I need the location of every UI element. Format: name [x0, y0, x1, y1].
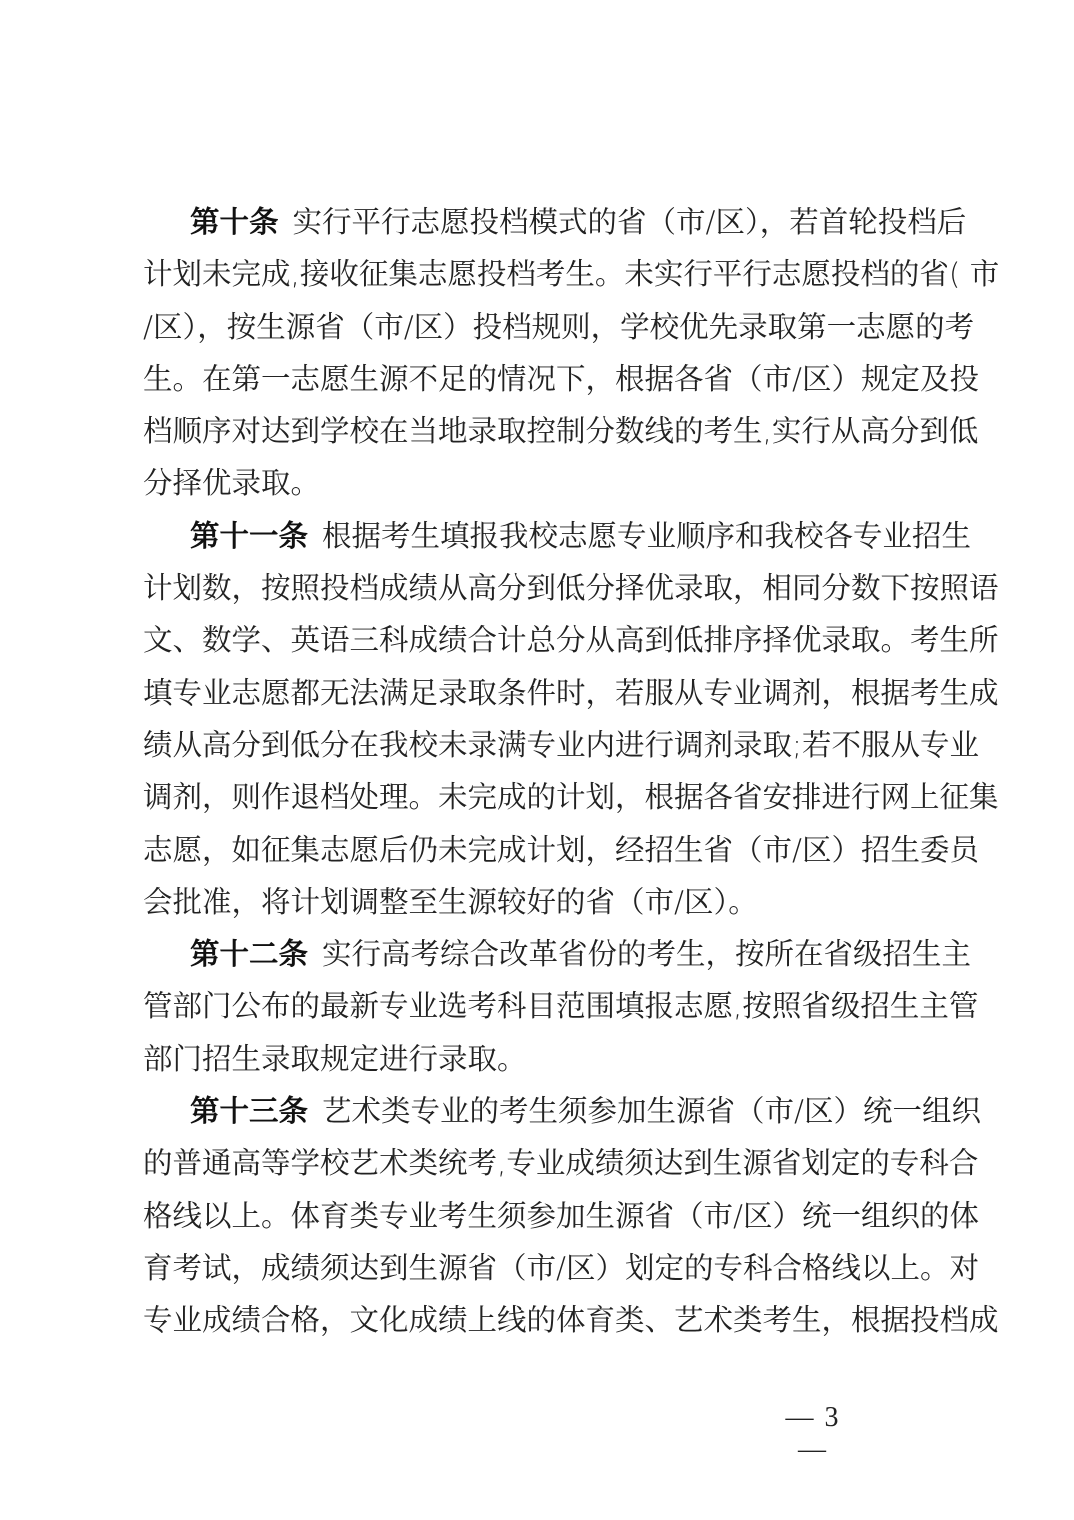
article-number: 第十一条: [190, 518, 308, 553]
article-11: 第十一条根据考生填报我校志愿专业顺序和我校各专业招生 计划数，按照投档成绩从高分…: [143, 510, 941, 928]
article-number: 第十二条: [190, 936, 308, 971]
paragraph-line: 填专业志愿都无法满足录取条件时，若服从专业调剂，根据考生成: [143, 667, 941, 719]
paragraph-line: 会批准，将计划调整至生源较好的省（市/区）。: [143, 876, 941, 928]
paragraph-line: 格线以上。体育类专业考生须参加生源省（市/区）统一组织的体: [143, 1190, 941, 1242]
article-10: 第十条实行平行志愿投档模式的省（市/区），若首轮投档后 计划未完成,接收征集志愿…: [143, 196, 941, 510]
paragraph-line: 计划未完成,接收征集志愿投档考生。未实行平行志愿投档的省( 市: [143, 248, 941, 300]
page-number: — 3 —: [768, 1402, 858, 1466]
line-text: 实行平行志愿投档模式的省（市/区），若首轮投档后: [293, 205, 967, 239]
paragraph-line: 的普通高等学校艺术类统考,专业成绩须达到生源省划定的专科合: [143, 1137, 941, 1189]
article-13: 第十三条艺术类专业的考生须参加生源省（市/区）统一组织 的普通高等学校艺术类统考…: [143, 1085, 941, 1346]
paragraph-line: 第十条实行平行志愿投档模式的省（市/区），若首轮投档后: [143, 196, 941, 248]
article-12: 第十二条实行高考综合改革省份的考生，按所在省级招生主 管部门公布的最新专业选考科…: [143, 928, 941, 1085]
paragraph-line: 生。在第一志愿生源不足的情况下，根据各省（市/区）规定及投: [143, 353, 941, 405]
paragraph-line: 第十二条实行高考综合改革省份的考生，按所在省级招生主: [143, 928, 941, 980]
document-page: 第十条实行平行志愿投档模式的省（市/区），若首轮投档后 计划未完成,接收征集志愿…: [143, 196, 941, 1347]
paragraph-line: 第十一条根据考生填报我校志愿专业顺序和我校各专业招生: [143, 510, 941, 562]
paragraph-line: 文、数学、英语三科成绩合计总分从高到低排序择优录取。考生所: [143, 614, 941, 666]
article-number: 第十条: [190, 204, 279, 239]
paragraph-line: 调剂，则作退档处理。未完成的计划，根据各省安排进行网上征集: [143, 771, 941, 823]
line-text: 根据考生填报我校志愿专业顺序和我校各专业招生: [322, 519, 971, 553]
paragraph-line: 第十三条艺术类专业的考生须参加生源省（市/区）统一组织: [143, 1085, 941, 1137]
paragraph-line: 部门招生录取规定进行录取。: [143, 1033, 941, 1085]
article-number: 第十三条: [190, 1093, 308, 1128]
paragraph-line: 志愿，如征集志愿后仍未完成计划，经招生省（市/区）招生委员: [143, 824, 941, 876]
line-text: 艺术类专业的考生须参加生源省（市/区）统一组织: [322, 1094, 981, 1128]
paragraph-line: 档顺序对达到学校在当地录取控制分数线的考生,实行从高分到低: [143, 405, 941, 457]
paragraph-line: 育考试，成绩须达到生源省（市/区）划定的专科合格线以上。对: [143, 1242, 941, 1294]
paragraph-line: 绩从高分到低分在我校未录满专业内进行调剂录取;若不服从专业: [143, 719, 941, 771]
paragraph-line: 计划数，按照投档成绩从高分到低分择优录取，相同分数下按照语: [143, 562, 941, 614]
paragraph-line: 管部门公布的最新专业选考科目范围填报志愿,按照省级招生主管: [143, 980, 941, 1032]
paragraph-line: 专业成绩合格，文化成绩上线的体育类、艺术类考生，根据投档成: [143, 1294, 941, 1346]
paragraph-line: 分择优录取。: [143, 457, 941, 509]
paragraph-line: /区），按生源省（市/区）投档规则，学校优先录取第一志愿的考: [143, 301, 941, 353]
line-text: 实行高考综合改革省份的考生，按所在省级招生主: [322, 937, 971, 971]
